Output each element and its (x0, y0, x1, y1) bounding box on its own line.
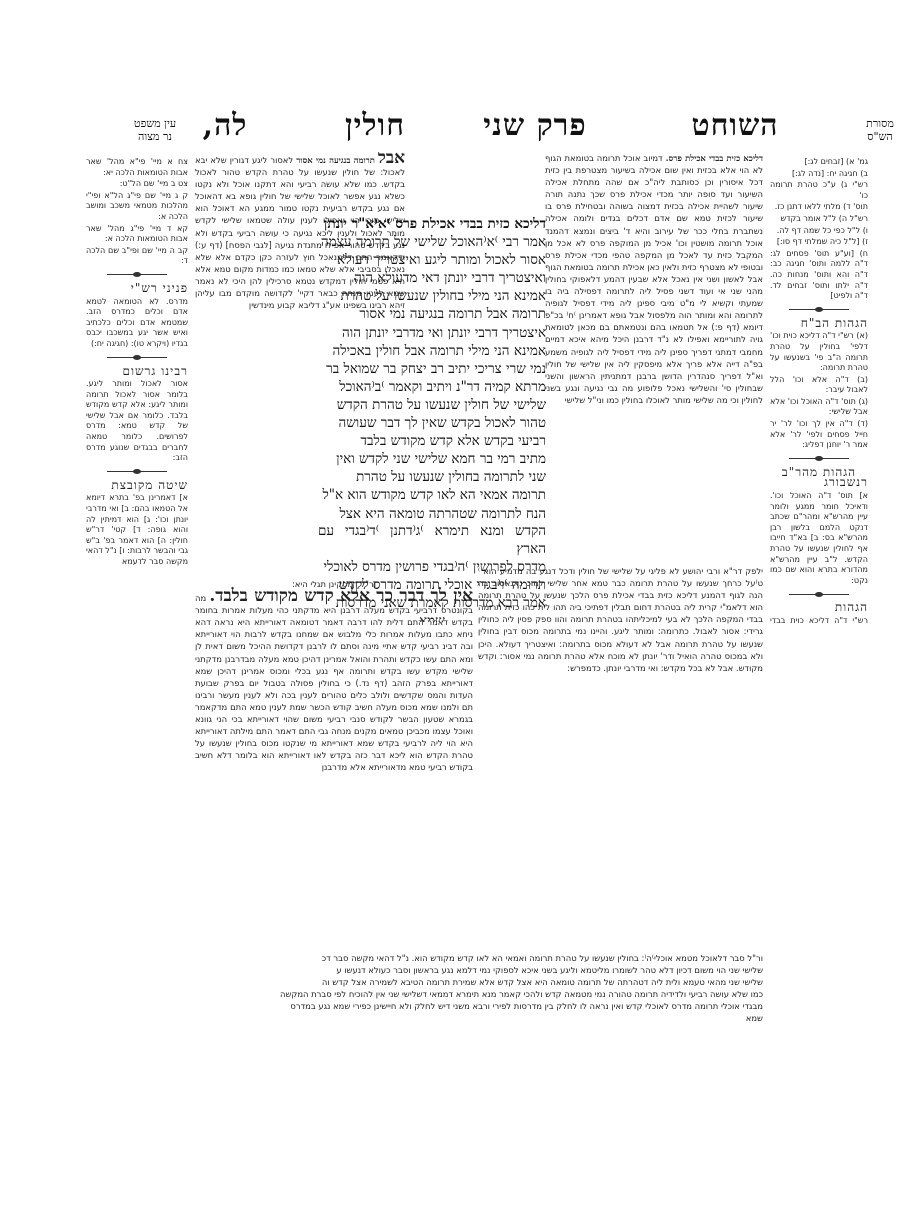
gemara-line: טהור לאכול בקדש שאין לך דבר שעושה (318, 414, 546, 432)
hagahot-title: הגהות (770, 602, 868, 613)
gemara-line: הקדש ומנא תימרא ⁾ג⁽דתנן ⁾ד⁽בגדי עם הארץ (318, 522, 546, 558)
rashi-dibbur-hamatchil: דליכא כזית בבדי אכילת פרס. (666, 153, 763, 163)
hagahot-habach-title: הגהות הב"ח (770, 318, 868, 329)
bottom-commentary-line: כמו שלא עושה רביעי ולדידיה תרומה טהורה נ… (195, 988, 763, 1000)
bottom-commentary-line: מבגדי אוכלי תרומה מדרס לאוכלי קדש ואין נ… (195, 1000, 763, 1012)
masoret-entry: רש"י ג) ע"כ טהרת תרומה כו' (770, 180, 868, 201)
bottom-commentary: ור"ל סבר דלאוכל מטמא אוכלי⁾ה⁽: בחולין שנ… (195, 952, 763, 1042)
masoret-entry: ו) ל"ל כפי כל שמה דף לה. (770, 226, 868, 237)
hagahot-text: רש"י ד"ה דליכא כוית בבדי אכילת פרס. ועוך… (770, 616, 868, 627)
gemara-line: דליכא כזית בבדי אכילת פרס ⁾א⁽א"ר יונתן (318, 215, 546, 233)
ornament-divider (770, 306, 868, 314)
rashi-text: דמיוב אוכל תרומה בטומאת הגוף לא הוי אלא … (545, 153, 763, 405)
chapter-number: פרק שני (455, 108, 615, 143)
penei-rashi-title: פניני רש"י (86, 283, 188, 294)
hagahot-maharav-text: א] תוס' ד"ה האוכל וכו'. ודאיכל חומר ממגע… (770, 491, 868, 586)
hagahot-maharav-title: הגהות מהר"ב רנשבורג (770, 467, 868, 488)
gemara-line: שני לתרומה בחולין שנעשו על טהרת (318, 468, 546, 486)
gemara-line: הנח לתרומה שטהרתה טומאה היא אצל (318, 505, 546, 521)
bottom-commentary-line: שלישי שני הוי משום דכיון דלא טהר לשומרו … (195, 964, 763, 976)
gemara-line: אמינא הני מילי תרומה אבל חולין באכילה (318, 342, 546, 360)
masoret-title: מסורת הש"ס (850, 117, 910, 143)
masoret-entry: ז) [ל"ל כיה שמלתי דף סו:] (770, 237, 868, 248)
gemara-line: נמי שרי צריכי יתיב רב יצחק בר שמואל בר (318, 360, 546, 378)
ein-mishpat-entry: צט ב מיי' שם הל"ט: (86, 179, 188, 190)
gemara-text: דליכא כזית בבדי אכילת פרס ⁾א⁽א"ר יונתן א… (318, 215, 546, 520)
masoret-entry: ח) [וע"ע תוס' פסחים לג: ד"ה ללמה ותוס' ח… (770, 249, 868, 302)
gemara-line: ואיצטריך דרבי יונתן דאי מדעולא הוה (318, 269, 546, 287)
tosafot-lower-commentary: ור"ל דמסקינן תגלי היא: אין לך דבר כר אלא… (195, 578, 473, 948)
ornament-divider (86, 354, 188, 362)
daf-number: לה, (180, 108, 270, 143)
gemara-line: שלישי של חולין שנעשו על טהרת הקדש (318, 396, 546, 414)
penei-rashi-text: מדרס. לא הטומאה לטמא אדם וכלים כמדרס הזב… (86, 297, 188, 350)
gemara-line: מרתא קמיה דר"נ ויתיב וקאמר ⁾ב⁽האוכל (318, 378, 546, 396)
shita-mekubetzet-title: שיטה מקובצת (86, 480, 188, 491)
gemara-line: אסור לאכול ומותר ליגע ואיצטריך דעולא (318, 251, 546, 269)
ornament-divider (770, 590, 868, 598)
ornament-divider (86, 271, 188, 279)
tosafot-lower-text: מה בקונטרס דרביעי בקדש מעלה דרבנן היא מד… (195, 593, 473, 772)
gemara-line: תרומה אבל תרומה בנגיעה נמי אסור (318, 305, 546, 323)
rashi-lower-commentary: ילפק דר"א ורבי יהושע לא פליגי על שלישי ש… (478, 565, 763, 945)
masoret-entry: תוס' ד) מלתי ללאו דתנן כז. (770, 202, 868, 213)
masoret-entry: ב) חגיגה יח: [נדה לג:] (770, 169, 868, 180)
rashi-commentary: דליכא כזית בבדי אכילת פרס. דמיוב אוכל תר… (545, 152, 763, 552)
gemara-line: איצטריך דרבי יונתן ואי מדרבי יונתן הוה (318, 324, 546, 342)
ein-mishpat-entry: ק ג מיי' שם פי"ג הל"א ופי"י מהלכות מטמאי… (86, 191, 188, 223)
hagahot-habach-entry: (א) רש"י ד"ה דליכא כוית וכו' דלפי' בחולי… (770, 331, 868, 373)
masoret-entry: רש"ל ה) ל"ל אומר בקדש (770, 214, 868, 225)
tosafot-lower-heading: אין לך דבר כר אלא קדש מקודש בלבד. (209, 586, 473, 606)
gemara-line: תרומה אמאי הא לאו קדש מקודש הוא א"ל (318, 486, 546, 504)
rabbenu-gershom-title: רבינו גרשום (86, 366, 188, 377)
masoret-entries: גמ' א) [זבחים לג:] ב) חגיגה יח: [נדה לג:… (770, 157, 868, 302)
chapter-name: השוחט (675, 108, 795, 143)
ein-mishpat-entry: קא ד מיי' פי"ג מהל' שאר אבות הטומאות הלכ… (86, 224, 188, 245)
ornament-divider (86, 468, 188, 476)
gemara-line: מתיב רמי בר חמא שלישי שני לקדש ואין (318, 450, 546, 468)
bottom-commentary-line: ור"ל סבר דלאוכל מטמא אוכלי⁾ה⁽: בחולין שנ… (195, 952, 763, 964)
masoret-title-line1: מסורת (850, 117, 910, 130)
gemara-line: רביעי בקדש אלא קדש מקודש בלבד (318, 432, 546, 450)
rashi-lower-text: ילפק דר"א ורבי יהושע לא פליגי על שלישי ש… (478, 566, 763, 673)
ornament-divider (770, 455, 868, 463)
tractate-name: חולין (330, 108, 420, 143)
tosafot-rashi-opening: תרומה בנגיעה נמי אסור (296, 155, 375, 165)
right-margin-column: גמ' א) [זבחים לג:] ב) חגיגה יח: [נדה לג:… (770, 157, 868, 627)
rabbenu-gershom-text: אסור לאכול ומותר ליגע. בלומר אסור לאכול … (86, 379, 188, 464)
hagahot-habach-entry: (ד) ד"ה אין לך וכו' לר' יר חייל פסחים ול… (770, 419, 868, 451)
gemara-line: אמינא הני מילי בחולין שנעשו על טהרת (318, 287, 546, 305)
bottom-commentary-line: שמא (195, 1012, 763, 1024)
masoret-entry: גמ' א) [זבחים לג:] (770, 157, 868, 168)
masoret-title-line2: הש"ס (850, 130, 910, 143)
tosafot-opening-word: אבל (378, 152, 405, 168)
ein-mishpat-entries: צח א מיי' פי"א מהל' שאר אבות הטומאות הלכ… (86, 157, 188, 267)
gemara-line: אמר רבי ⁾א⁽האוכל שלישי של תרומה עצמה (318, 233, 546, 251)
ein-mishpat-entry: קב ה מיי' שם ופי"ב שם הלכה ד: (86, 246, 188, 267)
bottom-commentary-line: שלישי שני מהאי טעמא ולית ליה דטהרתה של ת… (195, 976, 763, 988)
hagahot-habach-entry: (ב) ד"ה אלא וכו' הלל לאבול עיבר: (770, 375, 868, 396)
left-margin-column: צח א מיי' פי"א מהל' שאר אבות הטומאות הלכ… (86, 157, 188, 607)
shita-mekubetzet-text: א] דאמרינן בפ' בתרא דיומא אל הטמאו בהם: … (86, 493, 188, 567)
ein-mishpat-entry: צח א מיי' פי"א מהל' שאר אבות הטומאות הלכ… (86, 157, 188, 178)
hagahot-habach-entry: (ג) תוס' ד"ה האוכל וכו' אלא אבל שלישי: (770, 397, 868, 418)
